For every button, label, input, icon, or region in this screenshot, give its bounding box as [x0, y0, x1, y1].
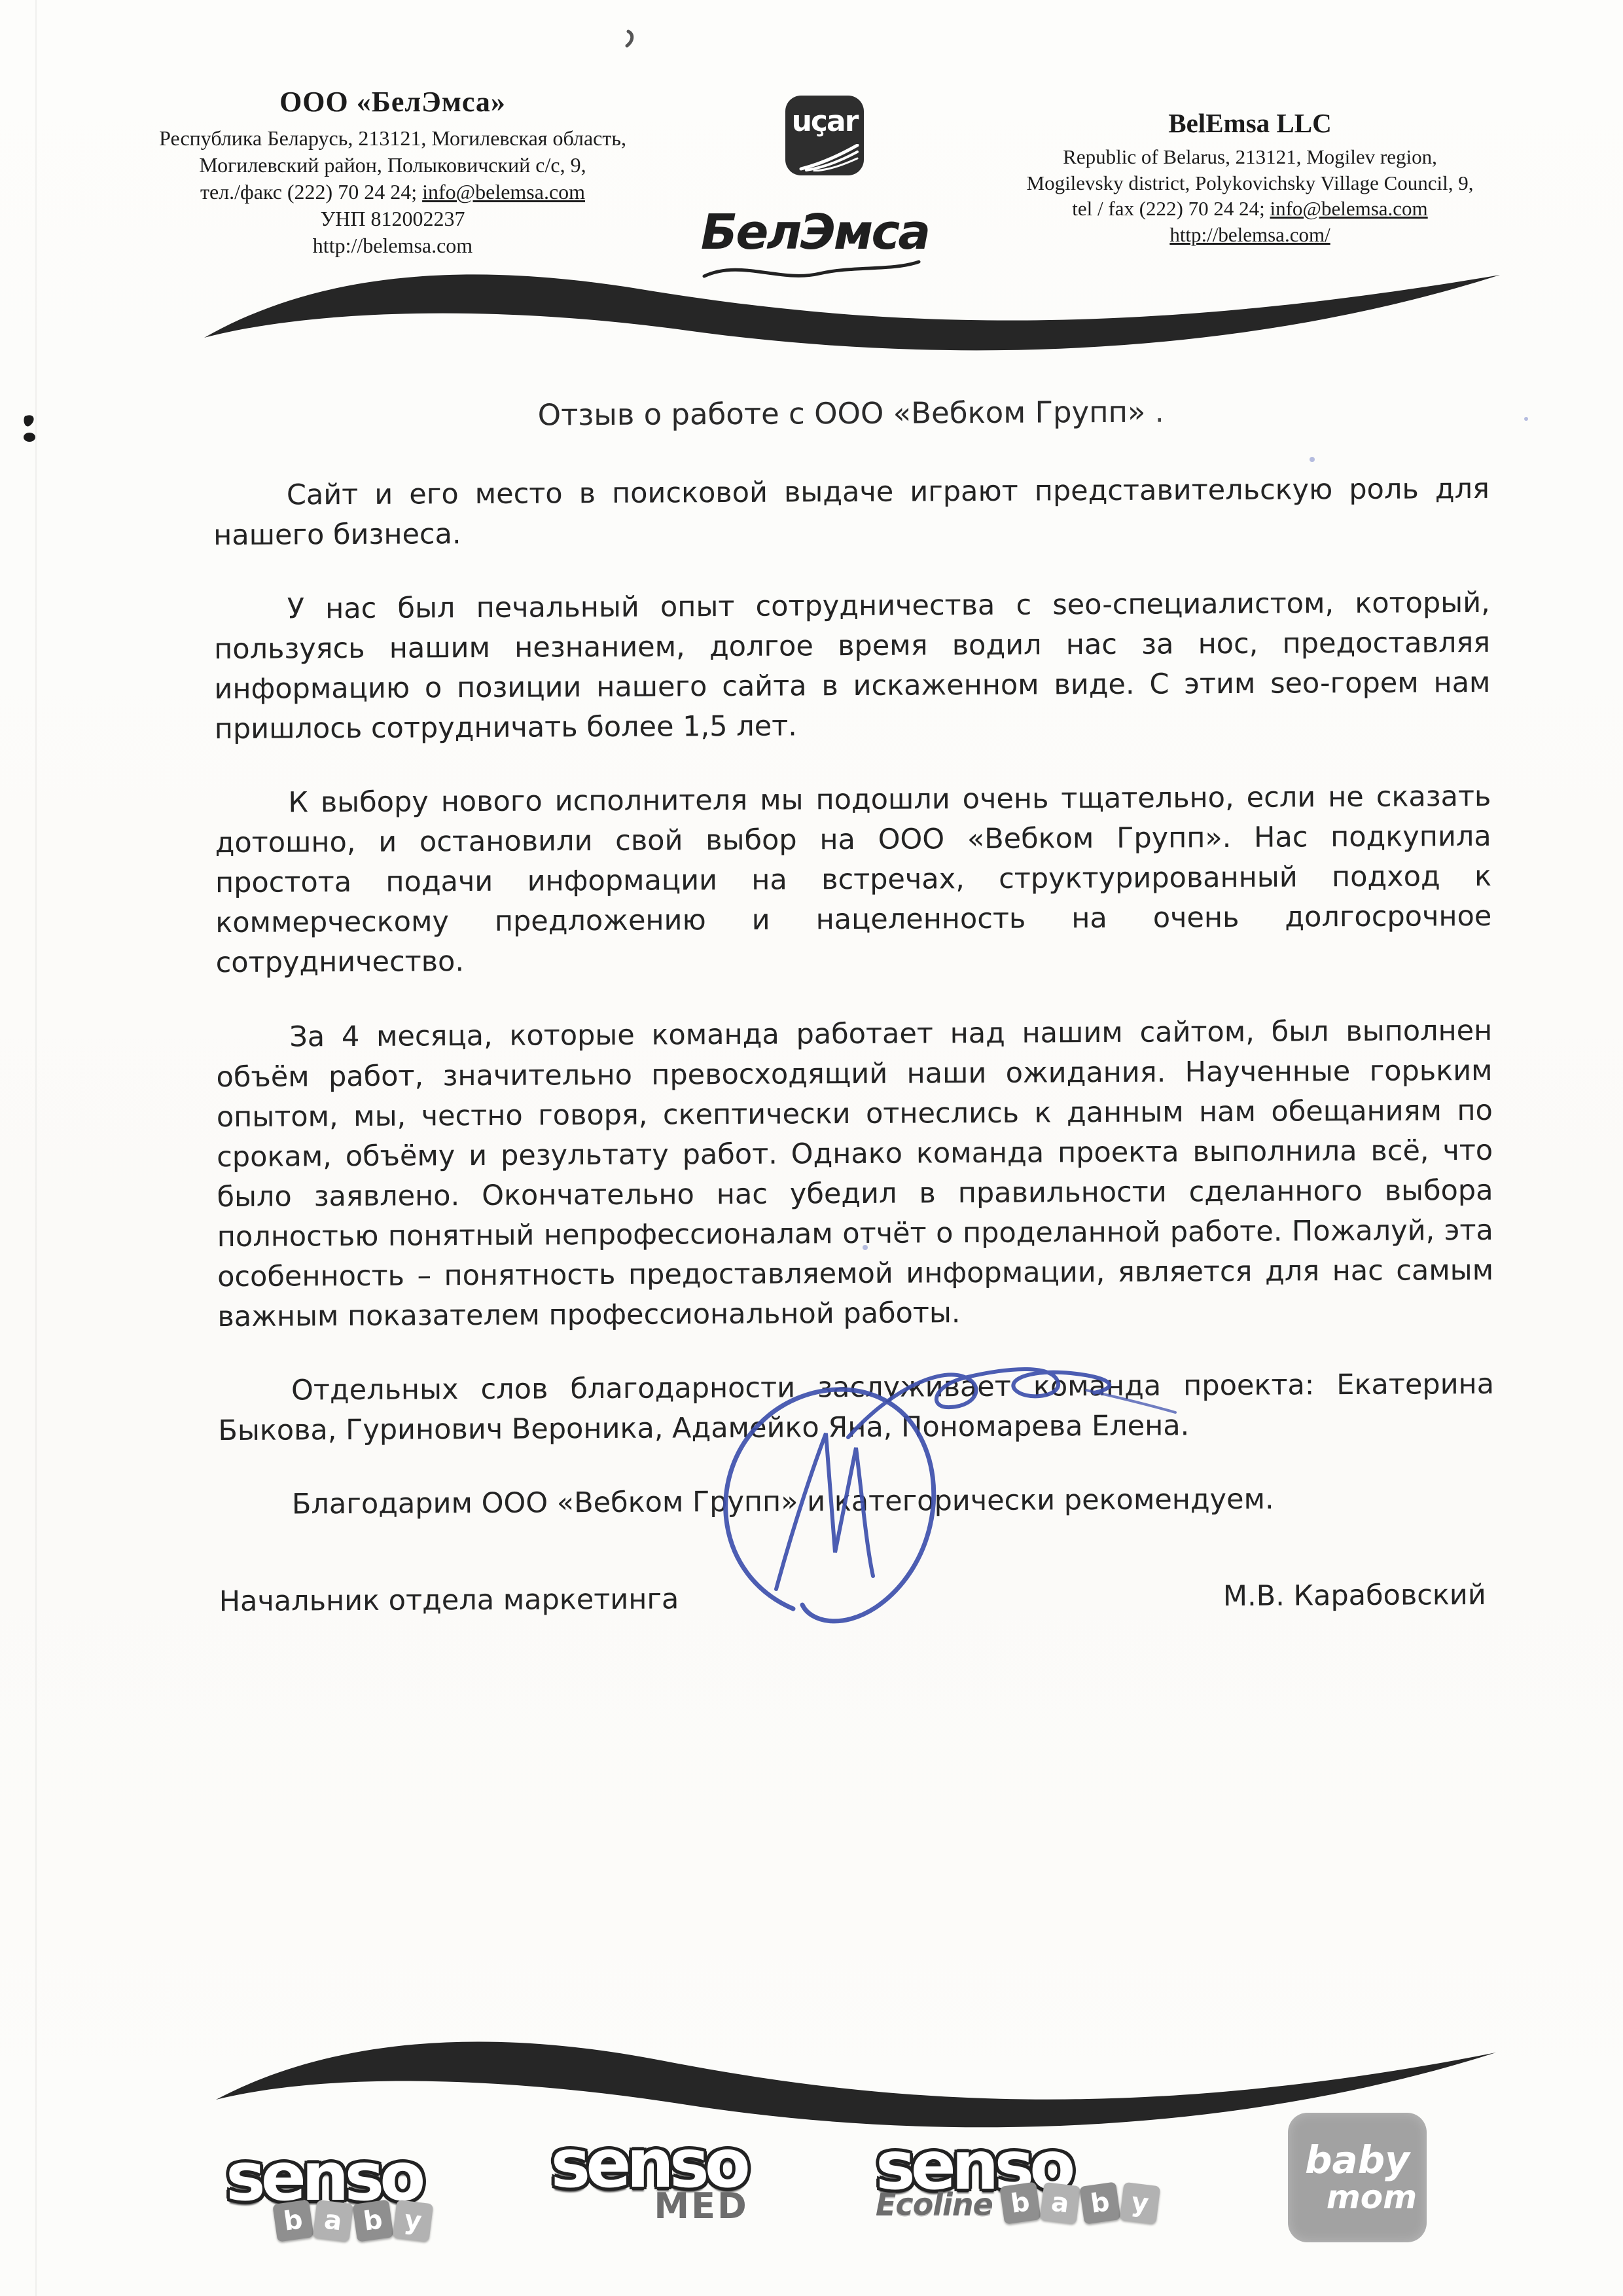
- company-info-russian: ООО «БелЭмса» Республика Беларусь, 21312…: [98, 85, 687, 287]
- ucar-logo: uçar: [785, 96, 864, 175]
- signer-name: М.В. Карабовский: [1223, 1579, 1486, 1613]
- stray-dot: .: [1154, 395, 1164, 429]
- baby-letter-block: b: [353, 2199, 395, 2242]
- contact-line: тел./факс (222) 70 24 24; info@belemsa.c…: [98, 179, 687, 206]
- senso-med-logo: senso MED: [551, 2131, 746, 2224]
- company-info-english: BelEmsa LLC Republic of Belarus, 213121,…: [962, 107, 1538, 287]
- address-line: Mogilevsky district, Polykovichsky Villa…: [962, 170, 1538, 196]
- belemsa-wordmark: БелЭмса: [694, 204, 936, 260]
- paragraph: За 4 месяца, которые команда работает на…: [216, 1011, 1494, 1337]
- letterhead: ООО «БелЭмса» Республика Беларусь, 21312…: [98, 77, 1538, 287]
- brand-logos-strip: senso b a b y senso MED senso Ecoline b …: [226, 2113, 1427, 2242]
- contact-line: tel / fax (222) 70 24 24; info@belemsa.c…: [962, 196, 1538, 222]
- signature-row: Начальник отдела маркетинга М.В. Карабов…: [219, 1579, 1495, 1618]
- phone-fax-label: tel / fax (222) 70 24 24;: [1072, 197, 1270, 220]
- address-line: Republic of Belarus, 213121, Mogilev reg…: [962, 144, 1538, 170]
- email-link: info@belemsa.com: [1270, 197, 1428, 220]
- company-name-en: BelEmsa LLC: [962, 107, 1538, 139]
- signer-role: Начальник отдела маркетинга: [219, 1583, 679, 1618]
- page-title: Отзыв о работе с ООО «Вебком Групп».: [213, 393, 1489, 434]
- baby-mom-logo: baby mom: [1288, 2113, 1427, 2242]
- scanned-letter-page: ООО «БелЭмса» Республика Беларусь, 21312…: [0, 0, 1623, 2296]
- baby-letter-block: a: [1039, 2182, 1080, 2224]
- baby-letter-block: a: [313, 2200, 354, 2242]
- unp-number: УНП 812002237: [98, 206, 687, 232]
- senso-baby-logo: senso b a b y: [226, 2144, 421, 2211]
- address-line: Могилевский район, Полыковичский с/с, 9,: [98, 152, 687, 179]
- ecoline-wordmark: Ecoline: [876, 2187, 993, 2222]
- senso-ecoline-baby-logo: senso Ecoline b a b y: [876, 2133, 1158, 2222]
- website-url: http://belemsa.com: [98, 232, 687, 259]
- baby-letter-block: b: [273, 2199, 315, 2242]
- ink-blot: [24, 415, 35, 442]
- baby-letter-blocks: b a b y: [1002, 2184, 1158, 2222]
- wing-icon: [797, 144, 860, 171]
- baby-mom-top-text: baby: [1305, 2140, 1410, 2180]
- address-line: Республика Беларусь, 213121, Могилевская…: [98, 125, 687, 152]
- wave-underline-icon: [700, 257, 923, 284]
- title-text: Отзыв о работе с ООО «Вебком Групп»: [538, 395, 1146, 433]
- paragraph: Сайт и его место в поисковой выдаче игра…: [213, 469, 1490, 556]
- paragraph: У нас был печальный опыт сотрудничества …: [214, 583, 1491, 749]
- phone-fax-label: тел./факс (222) 70 24 24;: [200, 180, 422, 204]
- baby-letter-block: b: [1079, 2181, 1121, 2224]
- baby-letter-block: y: [393, 2200, 434, 2242]
- paragraph: Благодарим ООО «Вебком Групп» и категори…: [219, 1479, 1495, 1525]
- ecoline-row: Ecoline b a b y: [876, 2184, 1158, 2222]
- website-url: http://belemsa.com/: [962, 222, 1538, 248]
- baby-letter-block: b: [999, 2181, 1041, 2224]
- company-name-ru: ООО «БелЭмса»: [98, 85, 687, 118]
- company-logo: uçar БелЭмса: [713, 96, 936, 287]
- baby-letter-block: y: [1119, 2182, 1160, 2224]
- email-link: info@belemsa.com: [422, 180, 585, 204]
- ucar-logo-text: uçar: [785, 105, 864, 138]
- baby-mom-bottom-text: mom: [1327, 2180, 1418, 2215]
- baby-letter-blocks: b a b y: [275, 2202, 431, 2240]
- paragraph: К выбору нового исполнителя мы подошли о…: [215, 777, 1492, 983]
- stray-apostrophe-mark: [627, 31, 632, 46]
- paragraph: Отдельных слов благодарности заслуживает…: [218, 1365, 1495, 1451]
- letter-body: Отзыв о работе с ООО «Вебком Групп». Сай…: [213, 393, 1495, 1618]
